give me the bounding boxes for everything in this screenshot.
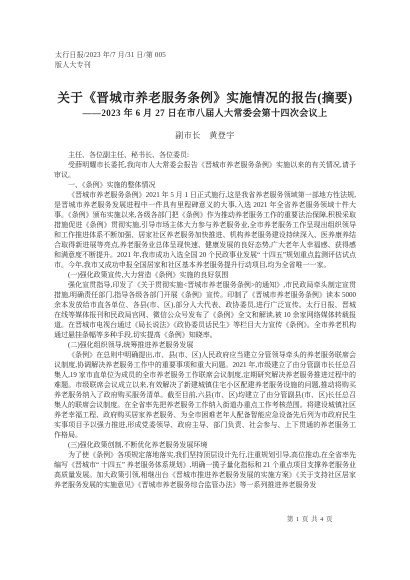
paragraph: 《晋城市养老服务条例》2021 年 5 月 1 日正式施行,这是我省养老服务领域… <box>54 190 356 270</box>
masthead-newspaper-line: 太行日报/2023 年/7 月/31 日/第 005 <box>55 51 356 61</box>
section-heading-1: 一、《条例》实施的整体情况 <box>54 180 356 190</box>
paragraph: 受薛明耀市长委托,我向市人大常委会报告《晋城市养老服务条例》实施以来的有关情况,… <box>54 160 356 180</box>
paragraph: 强化宣贯指导,印发了《关于贯彻实施<晋城市养老服务条例>的通知》,市民政局牵头制… <box>54 280 356 340</box>
subsection-heading-3: (三)强化政策创制,不断优化养老服务发展环境 <box>54 440 356 450</box>
subsection-heading-1: (一)强化政策宣传,大力营造《条例》实施的良好氛围 <box>54 270 356 280</box>
paragraph: 《条例》在总则中明确提出,市、县(市、区)人民政府应当建立分管领导牵头的养老服务… <box>54 350 356 440</box>
page-title: 关于《晋城市养老服务条例》实施情况的报告(摘要) <box>30 88 380 106</box>
page-number: 第 1 页 共 4 页 <box>287 514 333 523</box>
masthead: 太行日报/2023 年/7 月/31 日/第 005 版人大专刊 <box>55 51 356 70</box>
document-body: 主任、各位副主任、秘书长、各位委员: 受薛明耀市长委托,我向市人大常委会报告《晋… <box>54 150 356 490</box>
paragraph: 为了使《条例》各项规定落地落实,我们坚持顶层设计先行,注重规划引导,高位推动,在… <box>54 450 356 490</box>
paragraph-salutation: 主任、各位副主任、秘书长、各位委员: <box>54 150 356 160</box>
subsection-heading-2: (二)强化组织领导,统筹推进养老服务发展 <box>54 340 356 350</box>
doc-subtitle: ——2023 年 6 月 27 日在市八届人大常委会第十四次会议上 <box>30 106 380 119</box>
document-page: 太行日报/2023 年/7 月/31 日/第 005 版人大专刊 关于《晋城市养… <box>0 0 410 580</box>
masthead-edition-line: 版人大专刊 <box>55 61 356 71</box>
doc-author: 副市长 黄登宇 <box>30 130 380 141</box>
